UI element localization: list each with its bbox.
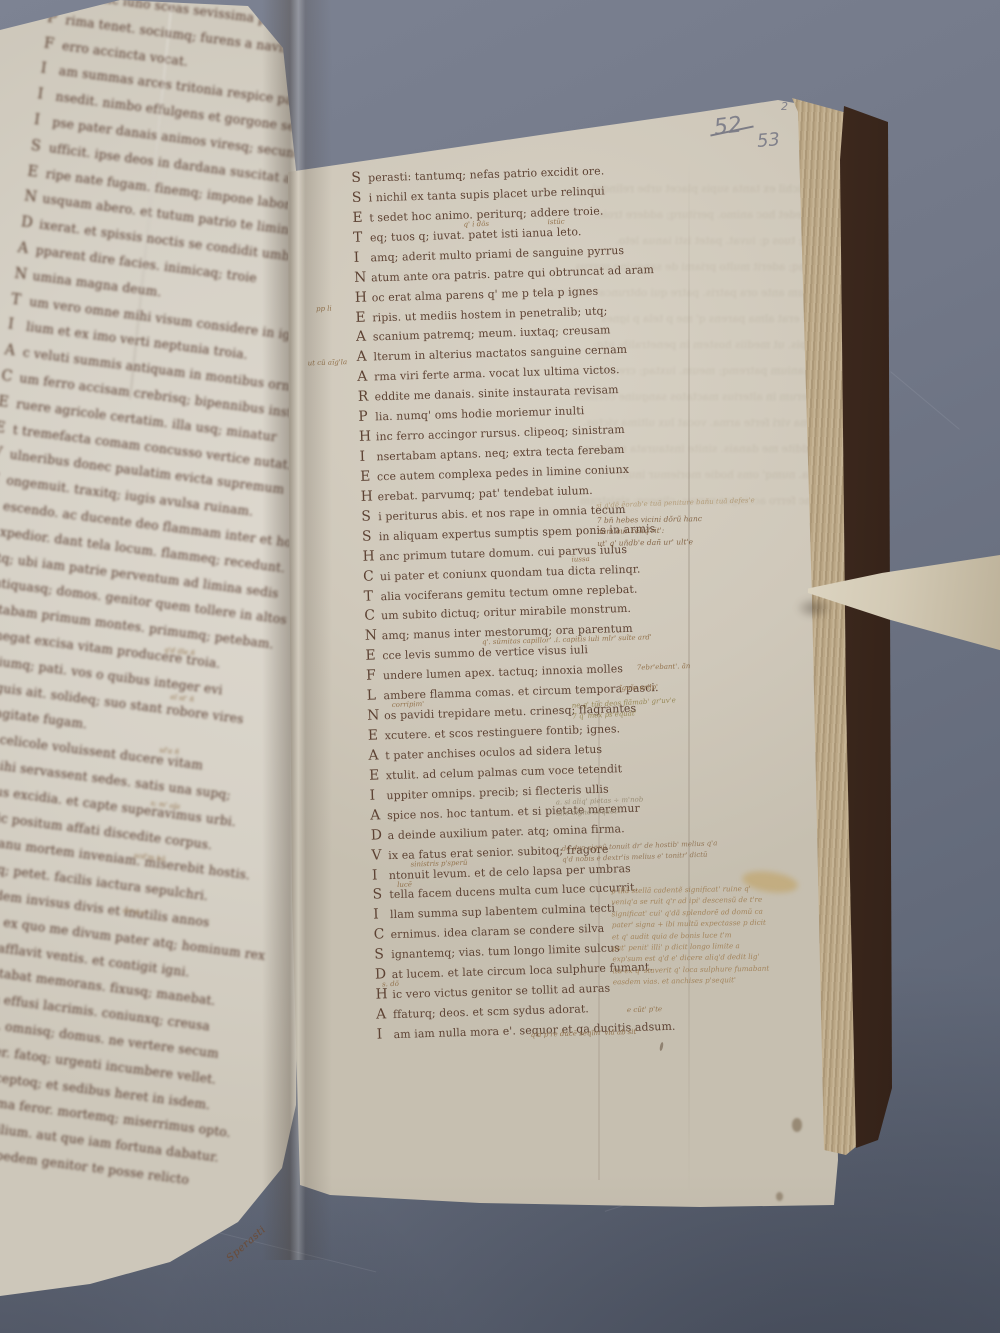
line-initial: H — [361, 488, 374, 504]
interlinear-gloss: 7ebr'ebant'. ãn — [637, 662, 691, 672]
interlinear-gloss: ut cũ aĩg'la — [308, 358, 348, 367]
line-initial: A — [368, 747, 379, 763]
line-initial: F — [43, 33, 55, 52]
verse-line: Ferro accincta vocat. — [61, 37, 189, 68]
line-initial: C — [364, 608, 375, 624]
verse-line: Hoc erat alma parens q' me p tela p igne… — [372, 284, 599, 304]
line-initial: S — [361, 508, 371, 524]
verse-text: ripis. ut mediis hostem in penetralib; u… — [372, 304, 607, 324]
verse-text: ffaturq; deos. et scm sydus adorat. — [393, 1002, 589, 1021]
line-initial: N — [23, 187, 38, 206]
line-initial: E — [355, 309, 366, 325]
line-initial: I — [377, 1026, 383, 1042]
verse-line: Excutere. et scos restinguere fontib; ig… — [385, 722, 621, 742]
verse-line: Reddite me danais. sinite instaurata rev… — [374, 383, 618, 403]
line-initial: I — [369, 787, 375, 803]
verse-text: rma viri ferte arma. vocat lux ultima vi… — [374, 363, 620, 383]
verse-line: Ecce autem complexa pedes in limine coni… — [377, 463, 629, 483]
line-initial: I — [372, 867, 378, 883]
verse-text: scanium patremq; meum. iuxtaq; creusam — [373, 324, 611, 344]
verse-text: ui pater et coniunx quondam tua dicta re… — [380, 562, 641, 583]
verse-text: eddite me danais. sinite instaurata revi… — [374, 383, 618, 403]
line-initial: N — [365, 628, 378, 644]
interlinear-gloss: istũc — [547, 218, 564, 227]
verse-line: Ascanium patremq; meum. iuxtaq; creusam — [373, 324, 611, 344]
interlinear-gloss: s. dõ — [382, 980, 399, 988]
line-initial: I — [40, 59, 48, 78]
verse-line: Natum ante ora patris. patre qui obtrunc… — [371, 263, 654, 284]
quire-mark: 2 — [781, 100, 788, 113]
verse-line: Vos agitate fugam. — [0, 703, 88, 732]
line-initial: F — [366, 668, 376, 684]
line-initial: E — [360, 468, 371, 484]
line-initial: I — [7, 315, 15, 334]
verse-text: erebat. parvumq; pat' tendebat iulum. — [377, 484, 592, 503]
line-initial: E — [0, 391, 10, 410]
verse-line: Cernimus. idea claram se condere silva — [390, 922, 604, 941]
margin-gloss: 7 bñ hebes vicini dõrũ hancnam eur reliq… — [597, 513, 703, 549]
line-initial: S — [362, 528, 372, 544]
line-initial: S — [372, 887, 382, 903]
verse-line: Talia vociferans gemitu tectum omne repl… — [380, 582, 637, 603]
verse-line: Si periturus abis. et nos rape in omnia … — [378, 503, 626, 523]
line-initial: E — [27, 161, 40, 180]
line-initial: I — [33, 110, 41, 129]
line-initial: N — [367, 707, 380, 723]
line-initial: E — [369, 767, 380, 783]
interlinear-gloss: q' i dõs — [463, 220, 489, 229]
verse-line: Alterum in alterius mactatos sanguine ce… — [373, 343, 627, 364]
line-initial: I — [353, 249, 359, 265]
verse-text: perasti: tantumq; nefas patrio excidit o… — [368, 164, 604, 184]
verse-text: i periturus abis. et nos rape in omnia t… — [378, 503, 626, 523]
line-initial: S — [351, 170, 361, 186]
verse-text: um subito dictuq; oritur mirabile monstr… — [381, 602, 631, 622]
line-initial: H — [355, 289, 368, 305]
verse-line: Ecce levis summo de vertice visus iuli — [382, 643, 588, 662]
line-initial: N — [13, 263, 28, 282]
verse-text: umina magna deum. — [32, 268, 163, 299]
line-initial: C — [374, 927, 385, 943]
line-initial: S — [374, 947, 384, 963]
verse-text: oc erat alma parens q' me p tela p ignes — [372, 284, 599, 304]
verse-line: Hanc primum tutare domum. cui parvus iul… — [379, 543, 627, 563]
margin-gloss-line: 7 bñ hebes vicini dõrũ hanc — [597, 513, 702, 526]
verse-line: Hinc ferro accingor rursus. clipeoq; sin… — [376, 423, 625, 443]
verse-line: Cui pater et coniunx quondam tua dicta r… — [380, 562, 641, 583]
verse-text: cce autem complexa pedes in limine coniu… — [377, 463, 629, 483]
margin-gloss: de dyo signũ tonuit dr' de hostib' meliu… — [562, 838, 718, 866]
verse-line: Arma viri ferte arma. vocat lux ultima v… — [374, 363, 620, 383]
line-initial: C — [363, 568, 374, 584]
verse-line: At pater anchises oculos ad sidera letus — [385, 743, 602, 762]
folio-number-old: 52 — [713, 112, 744, 140]
line-initial: T — [353, 229, 363, 245]
verse-line: Sperasti: tantumq; nefas patrio excidit … — [368, 164, 604, 184]
verse-line: Eripis. ut mediis hostem in penetralib; … — [372, 304, 607, 324]
line-initial: H — [362, 548, 375, 564]
line-initial: V — [371, 847, 382, 863]
verse-line: Affaturq; deos. et scm sydus adorat. — [393, 1002, 589, 1021]
verse-line: Signantemq; vias. tum longo limite sulcu… — [391, 942, 620, 962]
line-initial: H — [359, 429, 372, 445]
line-initial: E — [0, 417, 7, 436]
verse-text: a deinde auxilium pater. atq; omina firm… — [388, 822, 625, 842]
verse-text: os agitate fugam. — [0, 703, 88, 732]
line-initial: D — [371, 827, 383, 843]
verse-line: Hic vero victus genitor se tollit ad aur… — [392, 982, 610, 1001]
verse-text: lterum in alterius mactatos sanguine cer… — [373, 343, 627, 364]
verse-text: t pater anchises oculos ad sidera letus — [385, 743, 602, 762]
verse-line: Herebat. parvumq; pat' tendebat iulum. — [377, 484, 592, 503]
verse-line: Iamq; aderit multo priami de sanguine py… — [370, 244, 624, 265]
line-initial: V — [0, 443, 3, 462]
margin-gloss: a. si aliq' pietas ÷ m'nobalio digno seq… — [556, 794, 644, 820]
interlinear-gloss: lucẽ — [397, 880, 412, 888]
folio-number-new: 53 — [756, 129, 781, 152]
verse-text: alia vociferans gemitu tectum omne reple… — [380, 582, 637, 603]
verse-line: Da deinde auxilium pater. atq; omina fir… — [388, 822, 625, 842]
verse-text: llam summa sup labentem culmina tecti — [390, 902, 615, 922]
line-initial: S — [352, 190, 362, 206]
line-initial: E — [352, 210, 363, 226]
line-initial: L — [366, 688, 376, 704]
verse-text: atum ante ora patris. patre qui obtrunca… — [371, 263, 654, 284]
line-initial: A — [370, 807, 381, 823]
line-initial: H — [375, 986, 388, 1002]
line-initial: P — [358, 409, 368, 425]
line-initial: R — [358, 389, 369, 405]
line-initial: C — [0, 468, 1, 487]
interlinear-gloss: sinistris p'sperũ — [410, 859, 467, 869]
line-initial: A — [357, 369, 368, 385]
verse-line: Illam summa sup labentem culmina tecti — [390, 902, 615, 922]
verse-text: ic vero victus genitor se tollit ad aura… — [392, 982, 610, 1001]
line-initial: S — [30, 136, 42, 155]
interlinear-gloss: ĩguĩe urilp' — [619, 683, 658, 692]
verse-text: tella facem ducens multa cum luce cucurr… — [389, 881, 638, 901]
verse-line: Fundere lumen apex. tactuq; innoxia moll… — [383, 662, 623, 682]
line-initial: A — [17, 238, 30, 257]
line-initial: E — [365, 648, 376, 664]
interlinear-gloss: iussa — [571, 555, 589, 564]
interlinear-gloss: e cũt' p'te — [627, 1005, 662, 1014]
line-initial: A — [356, 329, 367, 345]
line-initial: E — [368, 727, 379, 743]
line-initial: T — [364, 588, 374, 604]
verse-text: lia. numq' oms hodie moriemur inulti — [375, 404, 584, 423]
verse-line: Insertabam aptans. neq; extra tecta fere… — [376, 443, 624, 463]
line-initial: A — [356, 349, 367, 365]
verse-text: undere lumen apex. tactuq; innoxia molle… — [383, 662, 623, 682]
line-initial: A — [4, 340, 17, 359]
ink-smudge — [792, 1118, 802, 1132]
verse-text: erro accincta vocat. — [61, 37, 189, 68]
line-initial: C — [0, 366, 14, 385]
verse-line: Cum subito dictuq; oritur mirabile monst… — [381, 602, 631, 622]
verse-line: Numina magna deum. — [32, 268, 163, 299]
verse-line: Extulit. ad celum palmas cum voce tetend… — [386, 762, 623, 782]
line-initial: T — [10, 289, 22, 308]
verse-text: ernimus. idea claram se condere silva — [390, 922, 604, 941]
line-initial: I — [359, 449, 365, 465]
interlinear-gloss: corripim' — [392, 700, 425, 709]
verse-line: Si nichil ex tanta supis placet urbe rel… — [369, 184, 605, 204]
line-initial: A — [376, 1006, 387, 1022]
verse-text: inc ferro accingor rursus. clipeoq; sini… — [376, 423, 625, 443]
line-initial: I — [36, 84, 44, 103]
interlinear-gloss: mlr' suĩte ard' — [602, 633, 652, 642]
line-initial: D — [20, 212, 34, 231]
interlinear-gloss: q'd p're ducẽ seqĩm' viã ab'sit — [531, 1028, 637, 1039]
margin-gloss: p illã stellã cadentẽ significat' ruine … — [611, 883, 769, 988]
verse-text: nsertabam aptans. neq; extra tecta fereb… — [376, 443, 624, 463]
line-initial: N — [354, 269, 367, 285]
verse-text: ignantemq; vias. tum longo limite sulcus — [391, 942, 620, 962]
ink-smudge — [776, 1192, 783, 1201]
verse-text: xtulit. ad celum palmas cum voce tetendi… — [386, 762, 623, 782]
verse-text: cce levis summo de vertice visus iuli — [382, 643, 588, 662]
verse-text: anc primum tutare domum. cui parvus iulu… — [379, 543, 627, 563]
margin-gloss-line: ut' q' uñdb'e dañ ur' ult'e — [597, 536, 702, 549]
verse-line: Stella facem ducens multa cum luce cucur… — [389, 881, 638, 901]
interlinear-gloss: pp li — [316, 305, 332, 313]
margin-gloss-line: easdem vias. et anchises p'sequit' — [613, 974, 770, 988]
manuscript-photo: Eruit. hic iuno sceas sevissima portasPr… — [0, 0, 1000, 1333]
line-initial: I — [373, 907, 379, 923]
verse-line: Plia. numq' oms hodie moriemur inulti — [375, 404, 584, 423]
verse-text: amq; aderit multo priami de sanguine pyr… — [370, 244, 624, 265]
verse-text: xcutere. et scos restinguere fontib; ign… — [385, 722, 621, 742]
verse-text: i nichil ex tanta supis placet urbe reli… — [369, 184, 605, 204]
